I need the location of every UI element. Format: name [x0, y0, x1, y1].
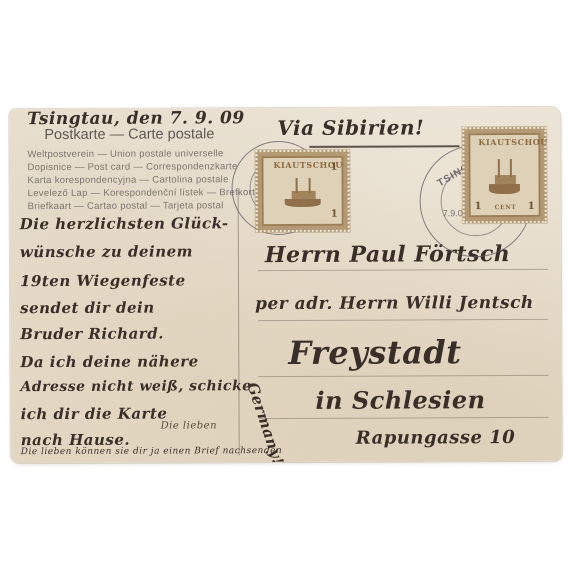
postcard-language-line: Levelező Lap — Korespondenční lístek — B… [28, 187, 255, 199]
postcard-title: Postkarte — Carte postale [44, 126, 214, 143]
stamp-left: KIAUTSCHOU 1 1 [255, 150, 349, 232]
ship-icon [285, 179, 321, 207]
stamp-unit: CENT [495, 204, 517, 211]
address-line: Rapungasse 10 [356, 427, 516, 449]
stamp-frame: KIAUTSCHOU 1 CENT 1 [468, 133, 540, 217]
message-line: Die herzlichsten Glück- [20, 214, 229, 233]
message-line: Da ich deine nähere [20, 352, 198, 371]
stamp-frame: KIAUTSCHOU 1 1 [261, 156, 343, 226]
address-rule [258, 375, 548, 377]
stamp-right: KIAUTSCHOU 1 CENT 1 [462, 127, 546, 223]
address-rule [258, 319, 548, 321]
message-line: Bruder Richard. [20, 325, 164, 344]
message-line: Adresse nicht weiß, schicke [20, 378, 251, 395]
routing-note-underline [309, 145, 459, 148]
message-address-divider [238, 190, 240, 455]
stamp-denomination: 1 [475, 201, 482, 212]
ship-icon [489, 161, 520, 195]
routing-note: Via Sibirien! [277, 115, 424, 140]
stamp-country: KIAUTSCHOU [478, 137, 548, 147]
interlinear-note: Die lieben [161, 420, 217, 431]
postcard-language-line: Karta korespondencyjna — Cartolina posta… [28, 174, 229, 186]
message-line: ich dir die Karte [21, 405, 168, 424]
message-line: Die lieben können sie dir ja einen Brief… [21, 446, 283, 457]
postcard-language-line: Dopisnice — Post card — Correspondenzkar… [27, 161, 237, 173]
address-rule [259, 417, 549, 419]
address-line: Freystadt [288, 333, 461, 372]
address-line: per adr. Herrn Willi Jentsch [255, 293, 534, 314]
postcard: Tsingtau, den 7. 9. 09 Postkarte — Carte… [9, 107, 562, 463]
stamp-denomination: 1 [528, 201, 535, 212]
stamp-denomination: 1 [330, 162, 337, 173]
message-line: sendet dir dein [20, 299, 155, 318]
postcard-language-line: Briefkaart — Cartao postal — Tarjeta pos… [28, 200, 224, 212]
address-line: in Schlesien [315, 385, 485, 415]
postcard-language-line: Weltpostverein — Union postale universel… [27, 148, 223, 160]
message-line: 19ten Wiegenfeste [20, 271, 186, 290]
stamp-denomination: 1 [331, 209, 338, 220]
message-line: wünsche zu deinem [20, 242, 193, 261]
address-rule [258, 269, 548, 271]
